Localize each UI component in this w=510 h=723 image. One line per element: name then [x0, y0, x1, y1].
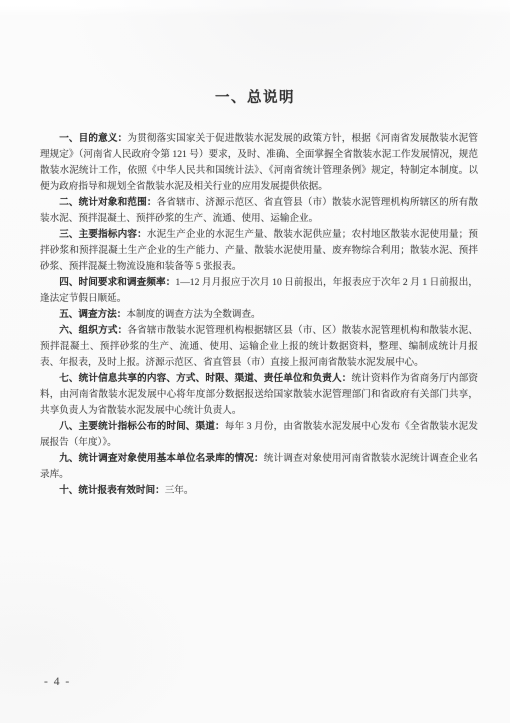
paragraph-registry: 九、统计调查对象使用基本单位名录库的情况：统计调查对象使用河南省散装水泥统计调查… — [40, 451, 478, 483]
paragraph-heading: 一、目的意义： — [59, 133, 127, 144]
document-body: 一、目的意义：为贯彻落实国家关于促进散装水泥发展的政策方针，根据《河南省发展散装… — [40, 131, 478, 499]
paragraph-purpose: 一、目的意义：为贯彻落实国家关于促进散装水泥发展的政策方针，根据《河南省发展散装… — [40, 131, 478, 195]
paragraph-scope: 二、统计对象和范围：各省辖市、济源示范区、省直管县（市）散装水泥管理机构所辖区的… — [40, 195, 478, 227]
page-title: 一、总说明 — [0, 86, 510, 107]
paragraph-text: 本制度的调查方法为全数调查。 — [126, 309, 260, 320]
paragraph-heading: 五、调查方法： — [59, 309, 126, 320]
paragraph-organization: 六、组织方式：各省辖市散装水泥管理机构根据辖区县（市、区）散装水泥管理机构和散装… — [40, 323, 478, 371]
paragraph-indicators: 三、主要指标内容：水泥生产企业的水泥生产量、散装水泥供应量；农村地区散装水泥使用… — [40, 227, 478, 275]
page-number: - 4 - — [44, 676, 71, 688]
paragraph-heading: 二、统计对象和范围： — [59, 197, 156, 208]
paragraph-heading: 三、主要指标内容： — [59, 229, 147, 240]
paragraph-publication: 八、主要统计指标公布的时间、渠道：每年 3 月份，由省散装水泥发展中心发布《全省… — [40, 419, 478, 451]
paragraph-heading: 七、统计信息共享的内容、方式、时限、渠道、责任单位和负责人： — [59, 373, 351, 384]
paragraph-heading: 四、时间要求和调查频率： — [59, 277, 175, 288]
paragraph-text: 三年。 — [165, 485, 194, 496]
paragraph-heading: 九、统计调查对象使用基本单位名录库的情况： — [59, 453, 264, 464]
paragraph-info-sharing: 七、统计信息共享的内容、方式、时限、渠道、责任单位和负责人：统计资料作为省商务厅… — [40, 371, 478, 419]
scanned-document-page: 一、总说明 一、目的意义：为贯彻落实国家关于促进散装水泥发展的政策方针，根据《河… — [0, 0, 510, 723]
paragraph-time-frequency: 四、时间要求和调查频率：1—12 月月报应于次月 10 日前报出，年报表应于次年… — [40, 275, 478, 307]
paragraph-validity: 十、统计报表有效时间：三年。 — [40, 483, 478, 499]
paragraph-heading: 八、主要统计指标公布的时间、渠道： — [59, 421, 225, 432]
paragraph-heading: 六、组织方式： — [59, 325, 127, 336]
paragraph-heading: 十、统计报表有效时间： — [59, 485, 165, 496]
paragraph-method: 五、调查方法：本制度的调查方法为全数调查。 — [40, 307, 478, 323]
